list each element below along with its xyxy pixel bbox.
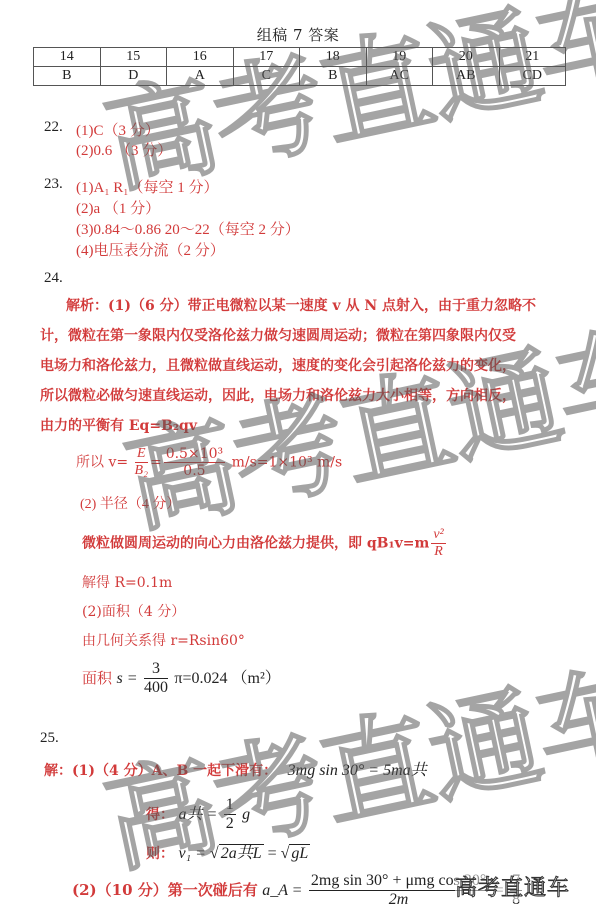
- q23-answer-line: (2)a （1 分）: [76, 197, 160, 218]
- sqrt-2a-l: 2a共L: [219, 844, 264, 862]
- q24-solution-line: 解析：(1)（6 分）带正电微粒以某一速度 v 从 N 点射入，由于重力忽略不: [66, 295, 536, 315]
- part1-label: 解：(1)（4 分）A、B 一起下滑有：: [44, 763, 277, 779]
- part2-label: (2)（10 分）第一次碰后有: [72, 881, 258, 899]
- then-label: 则：: [146, 846, 174, 862]
- fraction-numerator: 1: [224, 796, 236, 815]
- fraction-3-over-400: 3 400: [144, 660, 168, 698]
- question-cell: 18: [300, 48, 367, 67]
- part1-equation: 3mg sin 30° = 5ma共: [288, 762, 427, 779]
- q24-geometry-line: 由几何关系得 r=Rsin60°: [82, 630, 245, 650]
- q24-velocity-equation: 所以 v= E B₂ = 0.5×10³ 0.5 m/s=1×10³ m/s: [76, 446, 342, 479]
- question-cell: 15: [100, 48, 167, 67]
- fraction-denominator: 2: [224, 815, 236, 833]
- fraction-numerator: 0.5×10³: [164, 446, 225, 463]
- q23-answer-line: (4)电压表分流（2 分）: [76, 239, 225, 260]
- q24-solution-line: 电场力和洛伦兹力，且微粒做直线运动，速度的变化会引起洛伦兹力的变化，: [40, 355, 516, 375]
- question-23-number: 23.: [44, 176, 63, 193]
- area-label: 面积: [82, 669, 112, 687]
- q24-solution-line: 计，微粒在第一象限内仅受洛伦兹力做匀速圆周运动；微粒在第四象限内仅受: [40, 325, 516, 345]
- area-variable: s =: [116, 670, 137, 687]
- area-result: π=0.024 （m²）: [174, 670, 280, 687]
- q24-solution-line: 所以微粒必做匀速直线运动，因此，电场力和洛伦兹力大小相等，方向相反，: [40, 385, 516, 405]
- q24-centripetal-line: 微粒做圆周运动的向心力由洛伦兹力提供，即 qB₁v=m v² R: [82, 527, 448, 560]
- question-cell: 20: [433, 48, 500, 67]
- fraction-denominator: 0.5: [164, 463, 225, 479]
- get-rhs: g: [242, 806, 250, 823]
- sqrt-gl: gL: [289, 844, 310, 862]
- part2-lhs: a_A =: [262, 882, 302, 899]
- q22-answer-line: (2)0.6 （3 分）: [76, 139, 172, 160]
- answer-cell: B: [34, 67, 101, 86]
- page-title: 组稿 7 答案: [0, 24, 596, 45]
- q24-solution-line: 由力的平衡有 Eq=B₂qv: [40, 415, 197, 435]
- question-cell: 19: [366, 48, 433, 67]
- q23-answer-line: (3)0.84～0.86 20～22（每空 2 分）: [76, 218, 300, 239]
- q25-then-line: 则： v₁ = √2a共L = √gL: [146, 840, 310, 863]
- fraction-e-over-b2: E B₂: [135, 446, 148, 479]
- question-22-number: 22.: [44, 119, 63, 136]
- fraction-numerator: 3: [144, 660, 168, 679]
- question-cell: 21: [499, 48, 566, 67]
- answer-key-page: 组稿 7 答案 14 15 16 17 18 19 20 21 B D A C …: [0, 0, 596, 922]
- q24-area-equation: 面积 s = 3 400 π=0.024 （m²）: [82, 660, 281, 698]
- answer-cell: A: [167, 67, 234, 86]
- get-lhs: a共 =: [178, 806, 217, 823]
- question-number-row: 14 15 16 17 18 19 20 21: [34, 48, 566, 67]
- then-equals: =: [264, 845, 281, 862]
- fraction-numerator: v²: [431, 527, 445, 544]
- answer-cell: C: [233, 67, 300, 86]
- watermark-small-logo: 高考直通车: [455, 871, 570, 902]
- question-cell: 14: [34, 48, 101, 67]
- question-cell: 16: [167, 48, 234, 67]
- answer-table: 14 15 16 17 18 19 20 21 B D A C B AC AB …: [33, 47, 566, 86]
- answer-row: B D A C B AC AB CD: [34, 67, 566, 86]
- velocity-result: m/s=1×10³ m/s: [232, 455, 343, 471]
- q22-answer-line: (1)C（3 分）: [76, 119, 160, 140]
- fraction-denominator: R: [431, 544, 445, 560]
- centripetal-text: 微粒做圆周运动的向心力由洛伦兹力提供，即 qB₁v=m: [82, 536, 429, 552]
- q24-area-header: (2)面积（4 分）: [82, 601, 185, 621]
- fraction-value: 0.5×10³ 0.5: [164, 446, 225, 479]
- answer-cell: AC: [366, 67, 433, 86]
- answer-cell: B: [300, 67, 367, 86]
- answer-cell: D: [100, 67, 167, 86]
- q25-part1-line: 解：(1)（4 分）A、B 一起下滑有： 3mg sin 30° = 5ma共: [44, 757, 427, 780]
- answer-cell: AB: [433, 67, 500, 86]
- q24-radius-header: (2) 半径（4 分）: [80, 493, 180, 513]
- fraction-1-over-2: 1 2: [224, 796, 236, 834]
- q25-get-line: 得： a共 = 1 2 g: [146, 796, 250, 834]
- fraction-numerator: E: [135, 446, 148, 463]
- answer-cell: CD: [499, 67, 566, 86]
- question-24-number: 24.: [44, 270, 63, 287]
- fraction-v2-over-r: v² R: [431, 527, 445, 560]
- get-label: 得：: [146, 807, 174, 823]
- fraction-denominator: 400: [144, 679, 168, 697]
- question-25-number: 25.: [40, 730, 59, 747]
- q23-answer-line: (1)A₁ R₁（每空 1 分）: [76, 176, 219, 197]
- velocity-prefix: 所以 v=: [76, 455, 128, 471]
- then-lhs: v₁ =: [178, 845, 209, 862]
- fraction-denominator: B₂: [135, 463, 148, 479]
- question-cell: 17: [233, 48, 300, 67]
- q24-solve-r: 解得 R=0.1m: [82, 572, 172, 592]
